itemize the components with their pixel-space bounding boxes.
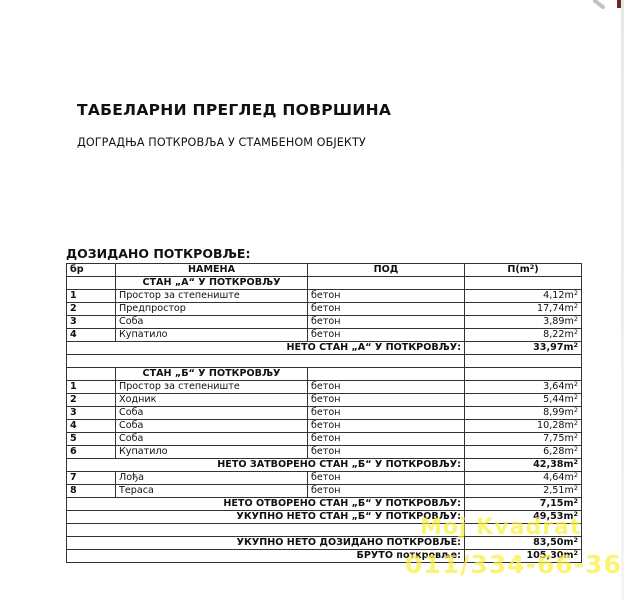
subtotal-label: УКУПНО НЕТО ДОЗИДАНО ПОТКРОВЉЕ:	[67, 537, 465, 550]
area-value: 8,22m2	[465, 329, 582, 342]
area-value: 17,74m2	[465, 303, 582, 316]
table-row: 2Предпросторбетон17,74m2	[67, 303, 582, 316]
room-purpose: Тераса	[116, 485, 308, 498]
table-row: 2Ходникбетон5,44m2	[67, 394, 582, 407]
room-purpose: Соба	[116, 407, 308, 420]
floor-type: бетон	[308, 420, 465, 433]
column-header-no: бр	[67, 264, 116, 277]
table-row: 6Купатилобетон6,28m2	[67, 446, 582, 459]
area-value: 7,15m2	[465, 498, 582, 511]
area-value: 6,28m2	[465, 446, 582, 459]
area-value: 105,30m2	[465, 550, 582, 563]
table-row: 3Собабетон8,99m2	[67, 407, 582, 420]
group-label: СТАН „А“ У ПОТКРОВЉУ	[116, 277, 308, 290]
blank-row	[67, 524, 582, 537]
empty-cell	[67, 368, 116, 381]
row-number: 2	[67, 394, 116, 407]
floor-type: бетон	[308, 303, 465, 316]
blank-row	[67, 355, 582, 368]
total-row-apartment-b: УКУПНО НЕТО СТАН „Б“ У ПОТКРОВЉУ:49,53m2	[67, 511, 582, 524]
empty-cell	[67, 277, 116, 290]
section-title: ДОЗИДАНО ПОТКРОВЉЕ:	[66, 246, 250, 261]
table-row: 4Собабетон10,28m2	[67, 420, 582, 433]
group-header-row: СТАН „А“ У ПОТКРОВЉУ	[67, 277, 582, 290]
floor-type: бетон	[308, 394, 465, 407]
floor-type: бетон	[308, 446, 465, 459]
room-purpose: Лођа	[116, 472, 308, 485]
gross-row: БРУТО поткровље:105,30m2	[67, 550, 582, 563]
floor-type: бетон	[308, 485, 465, 498]
column-header-purpose: НАМЕНА	[116, 264, 308, 277]
empty-cell	[465, 355, 582, 368]
room-purpose: Простор за степениште	[116, 290, 308, 303]
table-row: 4Купатилобетон8,22m2	[67, 329, 582, 342]
group-label: СТАН „Б“ У ПОТКРОВЉУ	[116, 368, 308, 381]
row-number: 6	[67, 446, 116, 459]
floor-type: бетон	[308, 433, 465, 446]
empty-cell	[67, 524, 465, 537]
empty-cell	[465, 524, 582, 537]
table-header-row: бр НАМЕНА ПОД П(m2)	[67, 264, 582, 277]
empty-cell	[465, 277, 582, 290]
area-table: бр НАМЕНА ПОД П(m2) СТАН „А“ У ПОТКРОВЉУ…	[66, 263, 582, 563]
room-purpose: Купатило	[116, 446, 308, 459]
row-number: 8	[67, 485, 116, 498]
table-row: 1Простор за степеништебетон4,12m2	[67, 290, 582, 303]
floor-type: бетон	[308, 316, 465, 329]
area-value: 49,53m2	[465, 511, 582, 524]
room-purpose: Предпростор	[116, 303, 308, 316]
area-value: 4,12m2	[465, 290, 582, 303]
row-number: 2	[67, 303, 116, 316]
area-value: 8,99m2	[465, 407, 582, 420]
row-number: 1	[67, 290, 116, 303]
empty-cell	[465, 368, 582, 381]
scan-artifact	[592, 0, 605, 10]
column-header-floor: ПОД	[308, 264, 465, 277]
row-number: 3	[67, 407, 116, 420]
area-value: 83,50m2	[465, 537, 582, 550]
subtotal-row-apartment-a: НЕТО СТАН „А“ У ПОТКРОВЉУ:33,97m2	[67, 342, 582, 355]
subtotal-row-open-b: НЕТО ОТВОРЕНО СТАН „Б“ У ПОТКРОВЉУ:7,15m…	[67, 498, 582, 511]
room-purpose: Соба	[116, 420, 308, 433]
area-value: 3,64m2	[465, 381, 582, 394]
room-purpose: Соба	[116, 316, 308, 329]
column-header-area: П(m2)	[465, 264, 582, 277]
room-purpose: Купатило	[116, 329, 308, 342]
area-value: 10,28m2	[465, 420, 582, 433]
area-value: 33,97m2	[465, 342, 582, 355]
subtotal-label: БРУТО поткровље:	[67, 550, 465, 563]
empty-cell	[67, 355, 465, 368]
group-header-row: СТАН „Б“ У ПОТКРОВЉУ	[67, 368, 582, 381]
document-subtitle: ДОГРАДЊА ПОТКРОВЉА У СТАМБЕНОМ ОБЈЕКТУ	[77, 136, 366, 149]
subtotal-label: УКУПНО НЕТО СТАН „Б“ У ПОТКРОВЉУ:	[67, 511, 465, 524]
area-value: 5,44m2	[465, 394, 582, 407]
floor-type: бетон	[308, 407, 465, 420]
table-row: 5Собабетон7,75m2	[67, 433, 582, 446]
row-number: 4	[67, 420, 116, 433]
room-purpose: Соба	[116, 433, 308, 446]
table-row: 7Лођабетон4,64m2	[67, 472, 582, 485]
total-net-row: УКУПНО НЕТО ДОЗИДАНО ПОТКРОВЉЕ:83,50m2	[67, 537, 582, 550]
scan-artifact-dot	[617, 0, 621, 8]
area-value: 42,38m2	[465, 459, 582, 472]
floor-type: бетон	[308, 381, 465, 394]
subtotal-label: НЕТО ЗАТВОРЕНО СТАН „Б“ У ПОТКРОВЉУ:	[67, 459, 465, 472]
subtotal-label: НЕТО СТАН „А“ У ПОТКРОВЉУ:	[67, 342, 465, 355]
empty-cell	[308, 277, 465, 290]
row-number: 4	[67, 329, 116, 342]
row-number: 3	[67, 316, 116, 329]
table-row: 8Терасабетон2,51m2	[67, 485, 582, 498]
document-title: ТАБЕЛАРНИ ПРЕГЛЕД ПОВРШИНА	[77, 101, 391, 119]
area-value: 3,89m2	[465, 316, 582, 329]
room-purpose: Простор за степениште	[116, 381, 308, 394]
area-value: 4,64m2	[465, 472, 582, 485]
floor-type: бетон	[308, 472, 465, 485]
floor-type: бетон	[308, 329, 465, 342]
row-number: 7	[67, 472, 116, 485]
row-number: 5	[67, 433, 116, 446]
empty-cell	[308, 368, 465, 381]
subtotal-label: НЕТО ОТВОРЕНО СТАН „Б“ У ПОТКРОВЉУ:	[67, 498, 465, 511]
room-purpose: Ходник	[116, 394, 308, 407]
row-number: 1	[67, 381, 116, 394]
table-row: 1Простор за степеништебетон3,64m2	[67, 381, 582, 394]
table-row: 3Собабетон3,89m2	[67, 316, 582, 329]
subtotal-row-closed-b: НЕТО ЗАТВОРЕНО СТАН „Б“ У ПОТКРОВЉУ:42,3…	[67, 459, 582, 472]
area-value: 2,51m2	[465, 485, 582, 498]
table-body: СТАН „А“ У ПОТКРОВЉУ1Простор за степениш…	[67, 277, 582, 563]
floor-type: бетон	[308, 290, 465, 303]
area-value: 7,75m2	[465, 433, 582, 446]
